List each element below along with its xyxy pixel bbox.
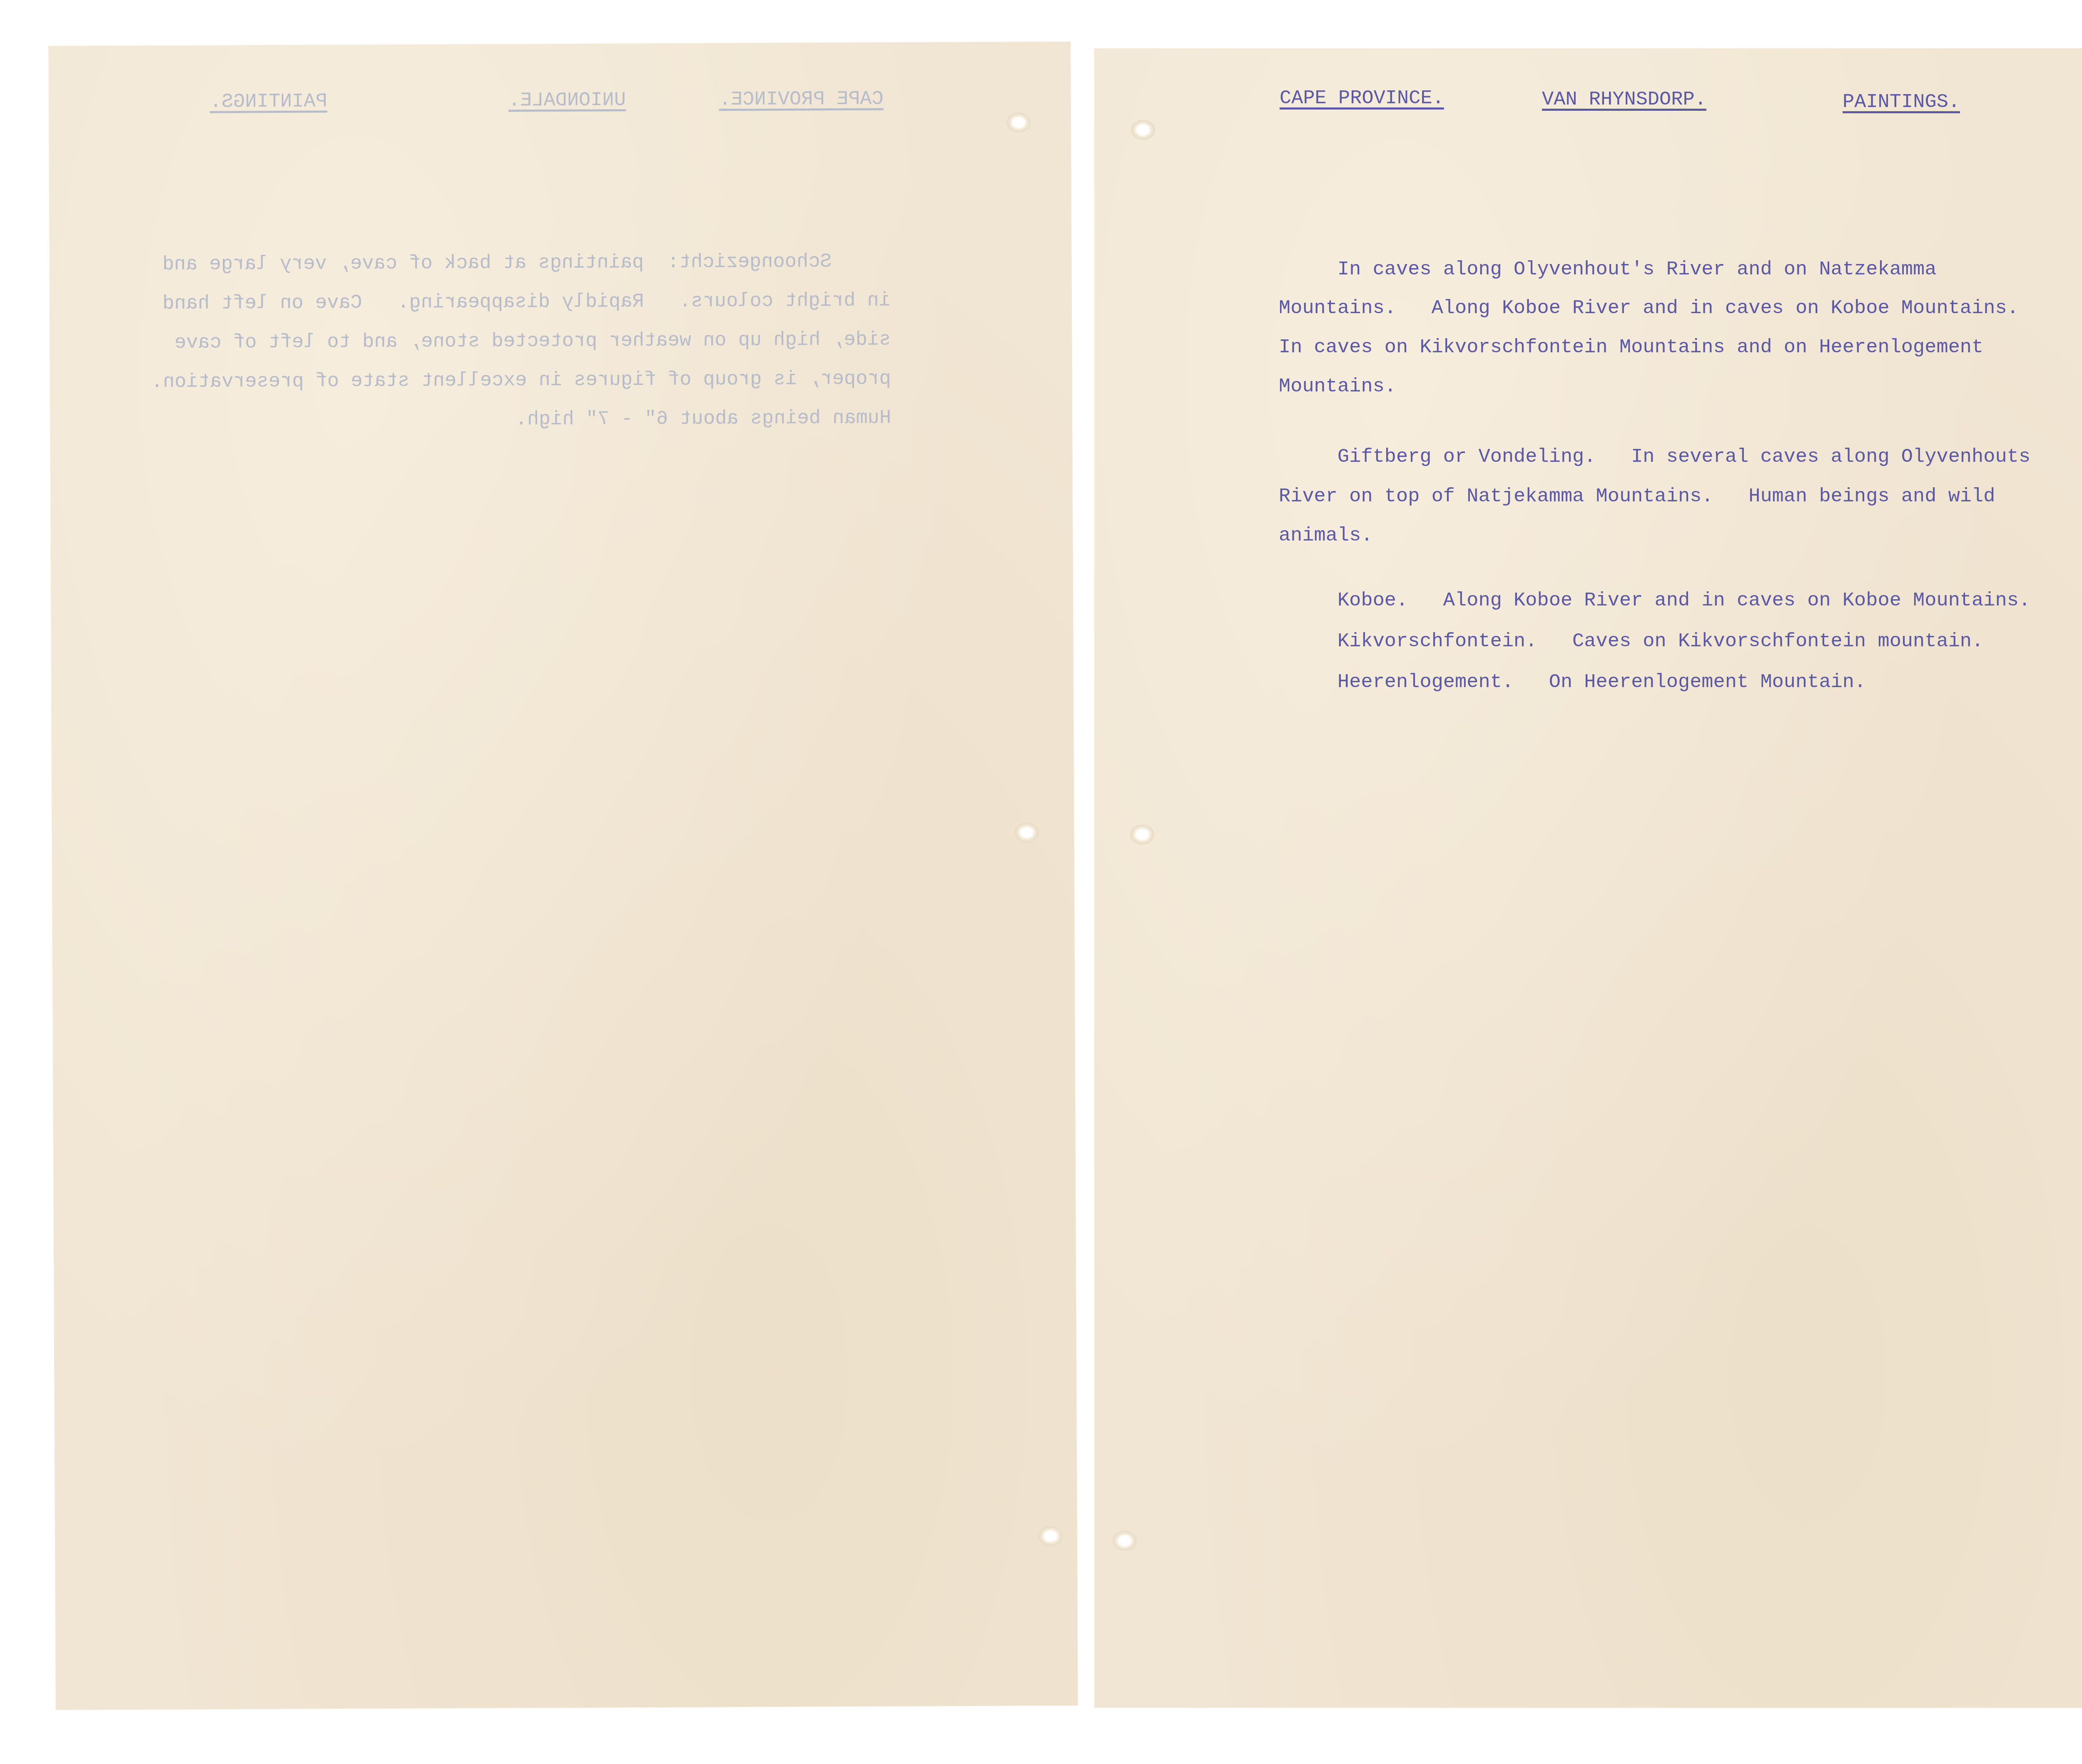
body-line: proper, is group of figures in excellent… (151, 368, 891, 394)
body-line: side, high up on weather protected stone… (174, 329, 891, 354)
punch-hole (1039, 1526, 1063, 1546)
left-page: CAPE PROVINCE. UNIONDALE. PAINTINGS. Sch… (48, 42, 1078, 1710)
body-line: Heerenlogement. On Heerenlogement Mounta… (1279, 671, 1866, 693)
header-district: VAN RHYNSDORP. (1542, 89, 1706, 111)
body-line: In caves along Olyvenhout's River and on… (1279, 259, 1936, 281)
punch-hole (1113, 1531, 1137, 1551)
header-topic: PAINTINGS. (1843, 91, 1960, 113)
body-line: Giftberg or Vondeling. In several caves … (1279, 446, 2030, 468)
body-line: animals. (1279, 525, 1373, 547)
punch-hole (1006, 112, 1031, 132)
header-province: CAPE PROVINCE. (1280, 87, 1444, 110)
body-line: Mountains. (1279, 376, 1396, 398)
mirrored-header-province: CAPE PROVINCE. (719, 88, 884, 111)
mirrored-body: Schoongezicht: paintings at back of cave… (107, 251, 891, 487)
mirrored-header-topic: PAINTINGS. (210, 90, 327, 113)
body-line: Koboe. Along Koboe River and in caves on… (1279, 590, 2030, 612)
right-page: CAPE PROVINCE. VAN RHYNSDORP. PAINTINGS.… (1094, 48, 2082, 1708)
punch-hole (1131, 120, 1155, 140)
mirrored-header-district: UNIONDALE. (508, 89, 626, 112)
body-line: Human beings about 6" - 7" high. (516, 407, 892, 431)
body-line: Mountains. Along Koboe River and in cave… (1279, 297, 2019, 319)
punch-hole (1130, 825, 1154, 845)
body-line: In caves on Kikvorschfontein Mountains a… (1279, 336, 1983, 359)
body-line: Schoongezicht: paintings at back of cave… (162, 251, 891, 276)
punch-hole (1014, 822, 1039, 842)
body-line: Kikvorschfontein. Caves on Kikvorschfont… (1279, 630, 1983, 653)
body-line: River on top of Natjekamma Mountains. Hu… (1279, 486, 1995, 508)
body-line: in bright colours. Rapidly disappearing.… (162, 290, 891, 315)
